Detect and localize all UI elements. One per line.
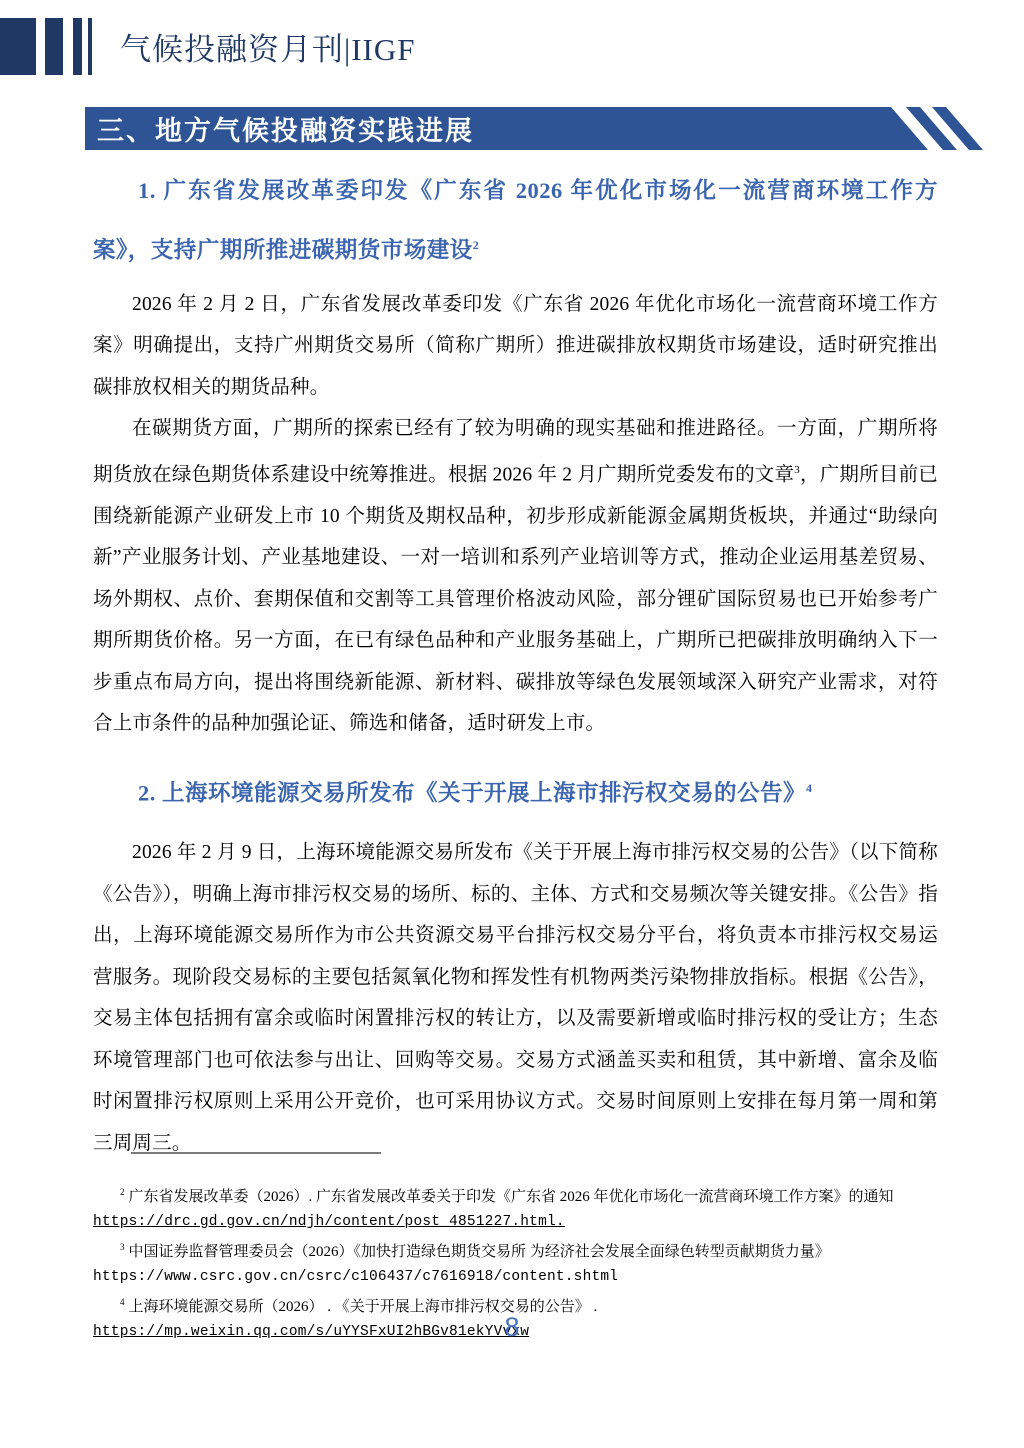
section-1-heading: 1. 广东省发展改革委印发《广东省 2026 年优化市场化一流营商环境工作方案》…	[93, 164, 938, 278]
section-1-paragraph-2: 在碳期货方面，广期所的探索已经有了较为明确的现实基础和推进路径。一方面，广期所将…	[93, 408, 938, 745]
page-number: 8	[0, 1312, 1024, 1343]
footnote-2: 2广东省发展改革委（2026）. 广东省发展改革委关于印发《广东省 2026 年…	[93, 1180, 938, 1210]
footnote-3-url-text[interactable]: https://www.csrc.gov.cn/csrc/c106437/c76…	[93, 1269, 618, 1285]
banner-diagonal-stripes-icon	[885, 107, 995, 150]
footnote-2-url[interactable]: https://drc.gd.gov.cn/ndjh/content/post_…	[93, 1210, 938, 1235]
section-2-heading: 2. 上海环境能源交易所发布《关于开展上海市排污权交易的公告》4	[93, 761, 938, 821]
section-1-paragraph-1: 2026 年 2 月 2 日，广东省发展改革委印发《广东省 2026 年优化市场…	[93, 284, 938, 409]
journal-title: 气候投融资月刊|IIGF	[120, 24, 415, 69]
footnote-4-number: 4	[120, 1297, 125, 1307]
journal-logo-bars-icon	[0, 18, 92, 75]
document-page: 气候投融资月刊|IIGF 三、地方气候投融资实践进展 1. 广东省发展改革委印发…	[0, 0, 1024, 1448]
section-2-paragraph-1-text: 2026 年 2 月 9 日，上海环境能源交易所发布《关于开展上海市排污权交易的…	[93, 842, 938, 1154]
section-2-paragraph-1: 2026 年 2 月 9 日，上海环境能源交易所发布《关于开展上海市排污权交易的…	[93, 832, 938, 1164]
footnote-3: 3中国证券监督管理委员会（2026）《加快打造绿色期货交易所 为经济社会发展全面…	[93, 1235, 938, 1265]
page-header: 气候投融资月刊|IIGF	[0, 18, 415, 75]
footnote-2-number: 2	[120, 1187, 125, 1197]
section-1-paragraph-1-text: 2026 年 2 月 2 日，广东省发展改革委印发《广东省 2026 年优化市场…	[93, 294, 938, 398]
logo-bar	[73, 18, 82, 75]
footnote-separator	[131, 1152, 381, 1154]
logo-bar	[0, 18, 36, 75]
footnote-2-url-text[interactable]: https://drc.gd.gov.cn/ndjh/content/post_…	[93, 1214, 565, 1230]
footnote-2-text: 广东省发展改革委（2026）. 广东省发展改革委关于印发《广东省 2026 年优…	[129, 1189, 894, 1205]
section-1-paragraph-2-part-b: ，广期所目前已围绕新能源产业研发上市 10 个期货及期权品种，初步形成新能源金属…	[93, 464, 938, 734]
footnote-3-url[interactable]: https://www.csrc.gov.cn/csrc/c106437/c76…	[93, 1265, 938, 1290]
footnote-3-number: 3	[120, 1242, 125, 1252]
section-1-heading-text: 1. 广东省发展改革委印发《广东省 2026 年优化市场化一流营商环境工作方案》…	[93, 178, 938, 263]
section-banner: 三、地方气候投融资实践进展	[85, 107, 995, 150]
logo-bar	[45, 18, 63, 75]
section-banner-title: 三、地方气候投融资实践进展	[85, 107, 885, 150]
footnote-ref-4: 4	[806, 781, 813, 795]
section-2-heading-text: 2. 上海环境能源交易所发布《关于开展上海市排污权交易的公告》	[138, 780, 806, 805]
footnote-ref-2: 2	[473, 238, 480, 252]
logo-bar	[88, 18, 92, 75]
footnote-3-text: 中国证券监督管理委员会（2026）《加快打造绿色期货交易所 为经济社会发展全面绿…	[129, 1244, 830, 1260]
main-content: 1. 广东省发展改革委印发《广东省 2026 年优化市场化一流营商环境工作方案》…	[93, 160, 938, 1164]
